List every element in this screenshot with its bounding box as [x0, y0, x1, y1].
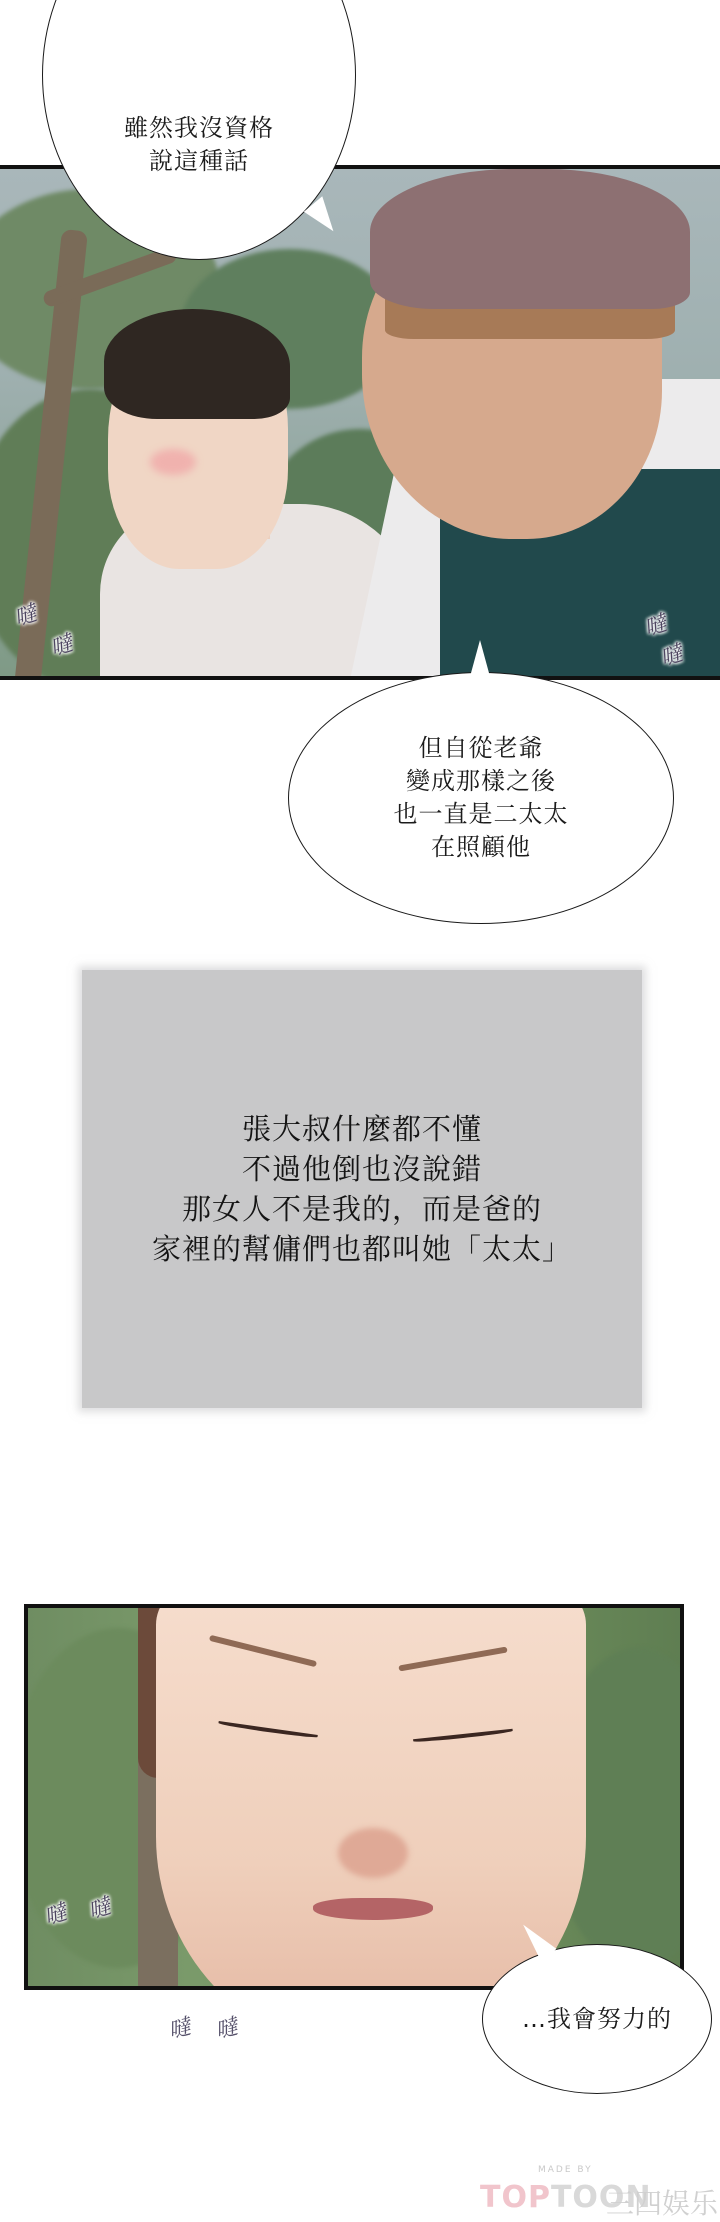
boy-hair — [104, 309, 290, 419]
narration-box: 張大叔什麼都不懂 不過他倒也沒說錯 那女人不是我的，而是爸的 家裡的幫傭們也都叫… — [82, 970, 642, 1408]
narration-text: 張大叔什麼都不懂 不過他倒也沒說錯 那女人不是我的，而是爸的 家裡的幫傭們也都叫… — [152, 1109, 572, 1269]
speech-bubble-3: …我會努力的 — [482, 1944, 712, 2094]
panel-3: 噠 噠 — [24, 1604, 684, 1990]
boy-blush — [150, 449, 196, 475]
speech-text: …我會努力的 — [522, 2003, 672, 2036]
speech-text: 雖然我沒資格 說這種話 — [124, 112, 274, 178]
man-cap — [370, 169, 690, 309]
lips — [313, 1898, 433, 1920]
watermark-brand-top: TOP — [480, 2180, 551, 2215]
sfx-footstep: 噠 — [212, 2010, 241, 2045]
speech-bubble-2: 但自從老爺 變成那樣之後 也一直是二太太 在照顧他 — [288, 672, 674, 924]
watermark-overlay: 三四娱乐 — [606, 2182, 718, 2222]
sfx-footstep: 噠 — [165, 2010, 194, 2045]
speech-bubble-tail — [468, 640, 492, 684]
panel-1: 噠 噠 噠 噠 — [0, 165, 720, 680]
watermark-made-by: MADE BY — [538, 2165, 593, 2175]
nose — [338, 1828, 408, 1878]
speech-text: 但自從老爺 變成那樣之後 也一直是二太太 在照顧他 — [394, 732, 569, 864]
